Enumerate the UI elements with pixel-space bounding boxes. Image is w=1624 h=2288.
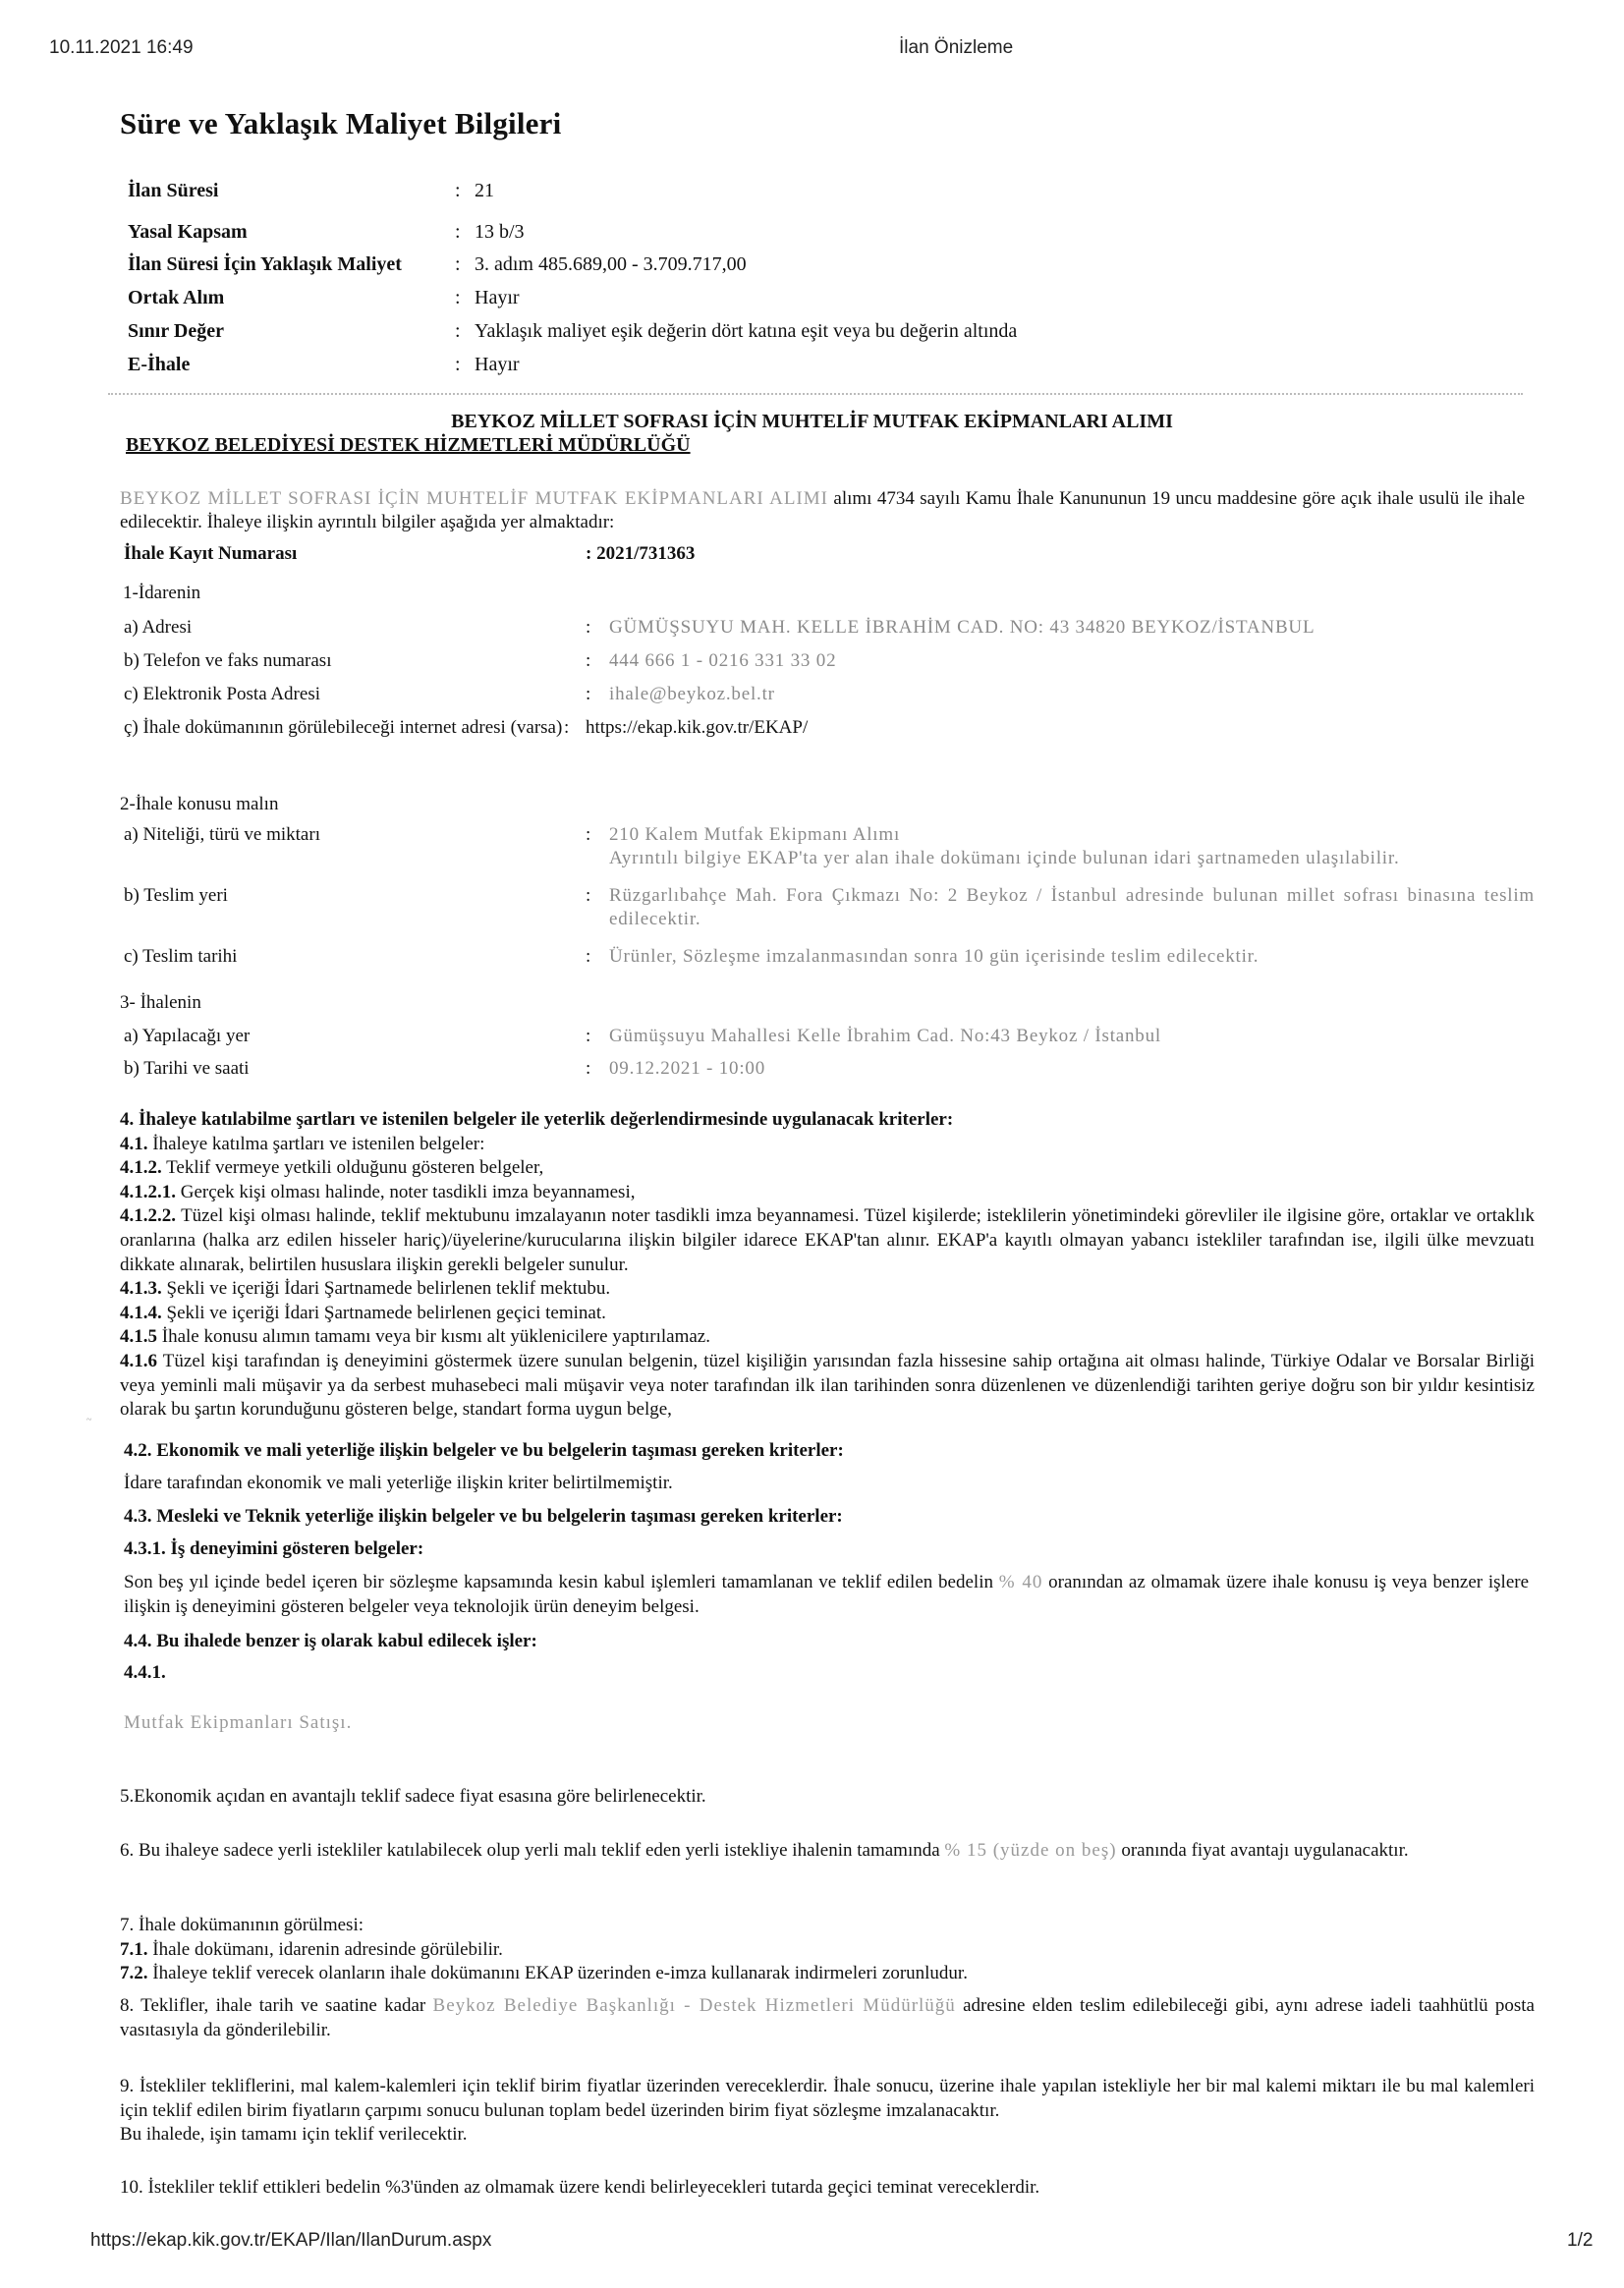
section42-heading: 4.2. Ekonomik ve mali yeterliğe ilişkin … [124, 1439, 1539, 1464]
section3-row: b) Tarihi ve saati:09.12.2021 - 10:00 [120, 1057, 1535, 1081]
section42: 4.2. Ekonomik ve mali yeterliğe ilişkin … [124, 1439, 1539, 1735]
section4-heading: 4. İhaleye katılabilme şartları ve isten… [120, 1108, 1535, 1133]
registry-label: İhale Kayıt Numarası [120, 542, 586, 566]
section10: 10. İstekliler teklif ettikleri bedelin … [120, 2176, 1535, 2201]
print-page-title: İlan Önizleme [899, 37, 1013, 59]
authority-name: BEYKOZ BELEDİYESİ DESTEK HİZMETLERİ MÜDÜ… [126, 434, 691, 457]
address-value: GÜMÜŞSUYU MAH. KELLE İBRAHİM CAD. NO: 43… [609, 616, 1535, 640]
summary-label: Ortak Alım [128, 287, 455, 309]
tender-place: Gümüşsuyu Mahallesi Kelle İbrahim Cad. N… [609, 1025, 1535, 1048]
summary-label: Yasal Kapsam [128, 221, 455, 244]
section1-row: b) Telefon ve faks numarası:444 666 1 - … [120, 649, 1535, 673]
section1-row: a) Adresi:GÜMÜŞSUYU MAH. KELLE İBRAHİM C… [120, 616, 1535, 640]
section3-row: a) Yapılacağı yer:Gümüşsuyu Mahallesi Ke… [120, 1025, 1535, 1048]
section2-row: a) Niteliği, türü ve miktarı: 210 Kalem … [120, 823, 1535, 870]
list-item: 4.1.2. Teklif vermeye yetkili olduğunu g… [120, 1156, 1535, 1181]
summary-label: E-İhale [128, 354, 455, 376]
summary-title: Süre ve Yaklaşık Maliyet Bilgileri [120, 106, 561, 141]
list-item: 7.2. İhaleye teklif verecek olanların ih… [120, 1962, 1535, 1986]
section8: 8. Teklifler, ihale tarih ve saatine kad… [120, 1994, 1535, 2042]
item-description: 210 Kalem Mutfak Ekipmanı Alımı [609, 824, 900, 845]
section1-row: c) Elektronik Posta Adresi:ihale@beykoz.… [120, 683, 1535, 706]
summary-label: İlan Süresi [128, 180, 455, 202]
section5: 5.Ekonomik açıdan en avantajlı teklif sa… [120, 1785, 1535, 1810]
section431-text: Son beş yıl içinde bedel içeren bir sözl… [124, 1571, 1529, 1619]
similar-work-text: Mutfak Ekipmanları Satışı. [124, 1711, 1539, 1736]
summary-value: 3. adım 485.689,00 - 3.709.717,00 [475, 253, 747, 276]
print-url: https://ekap.kik.gov.tr/EKAP/Ilan/IlanDu… [90, 2230, 491, 2252]
tender-datetime: 09.12.2021 - 10:00 [609, 1057, 1535, 1081]
section6: 6. Bu ihaleye sadece yerli istekliler ka… [120, 1839, 1535, 1864]
scan-mark: ~ [86, 1415, 91, 1425]
section431-heading: 4.3.1. İş deneyimini gösteren belgeler: [124, 1537, 1539, 1562]
summary-label: İlan Süresi İçin Yaklaşık Maliyet [128, 253, 455, 276]
section43-heading: 4.3. Mesleki ve Teknik yeterliğe ilişkin… [124, 1505, 1539, 1530]
summary-row: İlan Süresi İçin Yaklaşık Maliyet:3. adı… [128, 253, 747, 276]
list-item: 7.1. İhale dokümanı, idarenin adresinde … [120, 1938, 1535, 1963]
intro-faded-text: BEYKOZ MİLLET SOFRASI İÇİN MUHTELİF MUTF… [120, 488, 828, 509]
delivery-date: Ürünler, Sözleşme imzalanmasından sonra … [609, 945, 1535, 969]
registry-row: İhale Kayıt Numarası : 2021/731363 [120, 542, 1535, 566]
summary-value: 13 b/3 [475, 221, 525, 244]
delivery-place: Rüzgarlıbahçe Mah. Fora Çıkmazı No: 2 Be… [609, 884, 1535, 931]
list-item: 4.1.3. Şekli ve içeriği İdari Şartnamede… [120, 1277, 1535, 1302]
section44-heading: 4.4. Bu ihalede benzer iş olarak kabul e… [124, 1630, 1539, 1654]
summary-row: İlan Süresi:21 [128, 180, 494, 202]
section2-heading: 2-İhale konusu malın [120, 794, 278, 815]
summary-row: Ortak Alım:Hayır [128, 287, 520, 309]
item-detail: Ayrıntılı bilgiye EKAP'ta yer alan ihale… [609, 848, 1400, 868]
registry-number: 2021/731363 [596, 543, 695, 564]
ekap-link[interactable]: https://ekap.kik.gov.tr/EKAP/ [586, 716, 1535, 740]
section1-row: ç) İhale dokümanının görülebileceği inte… [120, 716, 1535, 740]
list-item: 4.1.6 Tüzel kişi tarafından iş deneyimin… [120, 1350, 1535, 1423]
list-item: 4.1.4. Şekli ve içeriği İdari Şartnamede… [120, 1302, 1535, 1326]
divider [108, 393, 1523, 395]
summary-row: Yasal Kapsam:13 b/3 [128, 221, 525, 244]
list-item: 4.1. İhaleye katılma şartları ve istenil… [120, 1133, 1535, 1157]
section2-row: c) Teslim tarihi:Ürünler, Sözleşme imzal… [120, 945, 1535, 969]
phone-value: 444 666 1 - 0216 331 33 02 [609, 649, 1535, 673]
section441-num: 4.4.1. [124, 1661, 1539, 1686]
summary-value: 21 [475, 180, 494, 202]
list-item: 4.1.2.1. Gerçek kişi olması halinde, not… [120, 1181, 1535, 1205]
summary-value: Yaklaşık maliyet eşik değerin dört katın… [475, 320, 1017, 343]
section42-text: İdare tarafından ekonomik ve mali yeterl… [124, 1472, 1539, 1496]
section2-row: b) Teslim yeri:Rüzgarlıbahçe Mah. Fora Ç… [120, 884, 1535, 931]
print-datetime: 10.11.2021 16:49 [49, 37, 194, 59]
section4: 4. İhaleye katılabilme şartları ve isten… [120, 1108, 1535, 1423]
summary-row: Sınır Değer:Yaklaşık maliyet eşik değeri… [128, 320, 1017, 343]
summary-label: Sınır Değer [128, 320, 455, 343]
section3-heading: 3- İhalenin [120, 992, 201, 1014]
section1-heading: 1-İdarenin [123, 583, 200, 604]
section7-heading: 7. İhale dokümanının görülmesi: [120, 1914, 1535, 1938]
summary-value: Hayır [475, 354, 520, 376]
page-number: 1/2 [1567, 2230, 1593, 2252]
list-item: 4.1.2.2. Tüzel kişi olması halinde, tekl… [120, 1204, 1535, 1277]
intro-paragraph: BEYKOZ MİLLET SOFRASI İÇİN MUHTELİF MUTF… [120, 487, 1525, 534]
email-value: ihale@beykoz.bel.tr [609, 683, 1535, 706]
notice-title: BEYKOZ MİLLET SOFRASI İÇİN MUHTELİF MUTF… [0, 411, 1624, 433]
section7: 7. İhale dokümanının görülmesi: 7.1. İha… [120, 1914, 1535, 1986]
list-item: 4.1.5 İhale konusu alımın tamamı veya bi… [120, 1325, 1535, 1350]
summary-row: E-İhale:Hayır [128, 354, 520, 376]
section9: 9. İstekliler tekliflerini, mal kalem-ka… [120, 2075, 1535, 2148]
summary-value: Hayır [475, 287, 520, 309]
